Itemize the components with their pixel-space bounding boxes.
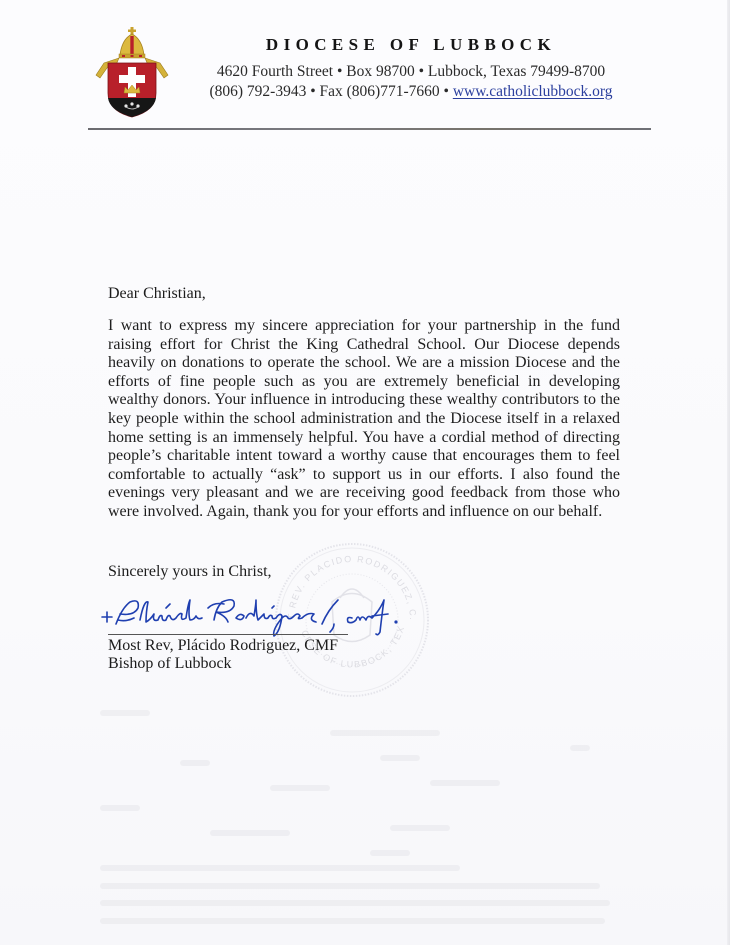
letter-body: I want to express my sincere appreciatio… — [108, 317, 620, 522]
diocese-crest-icon — [92, 27, 172, 119]
website-link[interactable]: www.catholiclubbock.org — [453, 83, 613, 100]
signature-line — [108, 634, 348, 635]
signer-title: Bishop of Lubbock — [108, 655, 232, 673]
handwritten-signature — [96, 590, 416, 640]
phone-fax: (806) 792-3943 • Fax (806)771-7660 • — [209, 83, 452, 100]
signer-name: Most Rev, Plácido Rodriguez, CMF — [108, 637, 338, 655]
organization-name: DIOCESE OF LUBBOCK — [196, 35, 626, 55]
salutation: Dear Christian, — [108, 285, 206, 303]
paper-bleed-through — [100, 700, 660, 930]
letterhead-divider — [88, 128, 651, 130]
mailing-address: 4620 Fourth Street • Box 98700 • Lubbock… — [196, 63, 626, 81]
closing: Sincerely yours in Christ, — [108, 563, 272, 581]
letter-page: DIOCESE OF LUBBOCK 4620 Fourth Street • … — [0, 0, 730, 945]
contact-line: (806) 792-3943 • Fax (806)771-7660 • www… — [196, 83, 626, 101]
